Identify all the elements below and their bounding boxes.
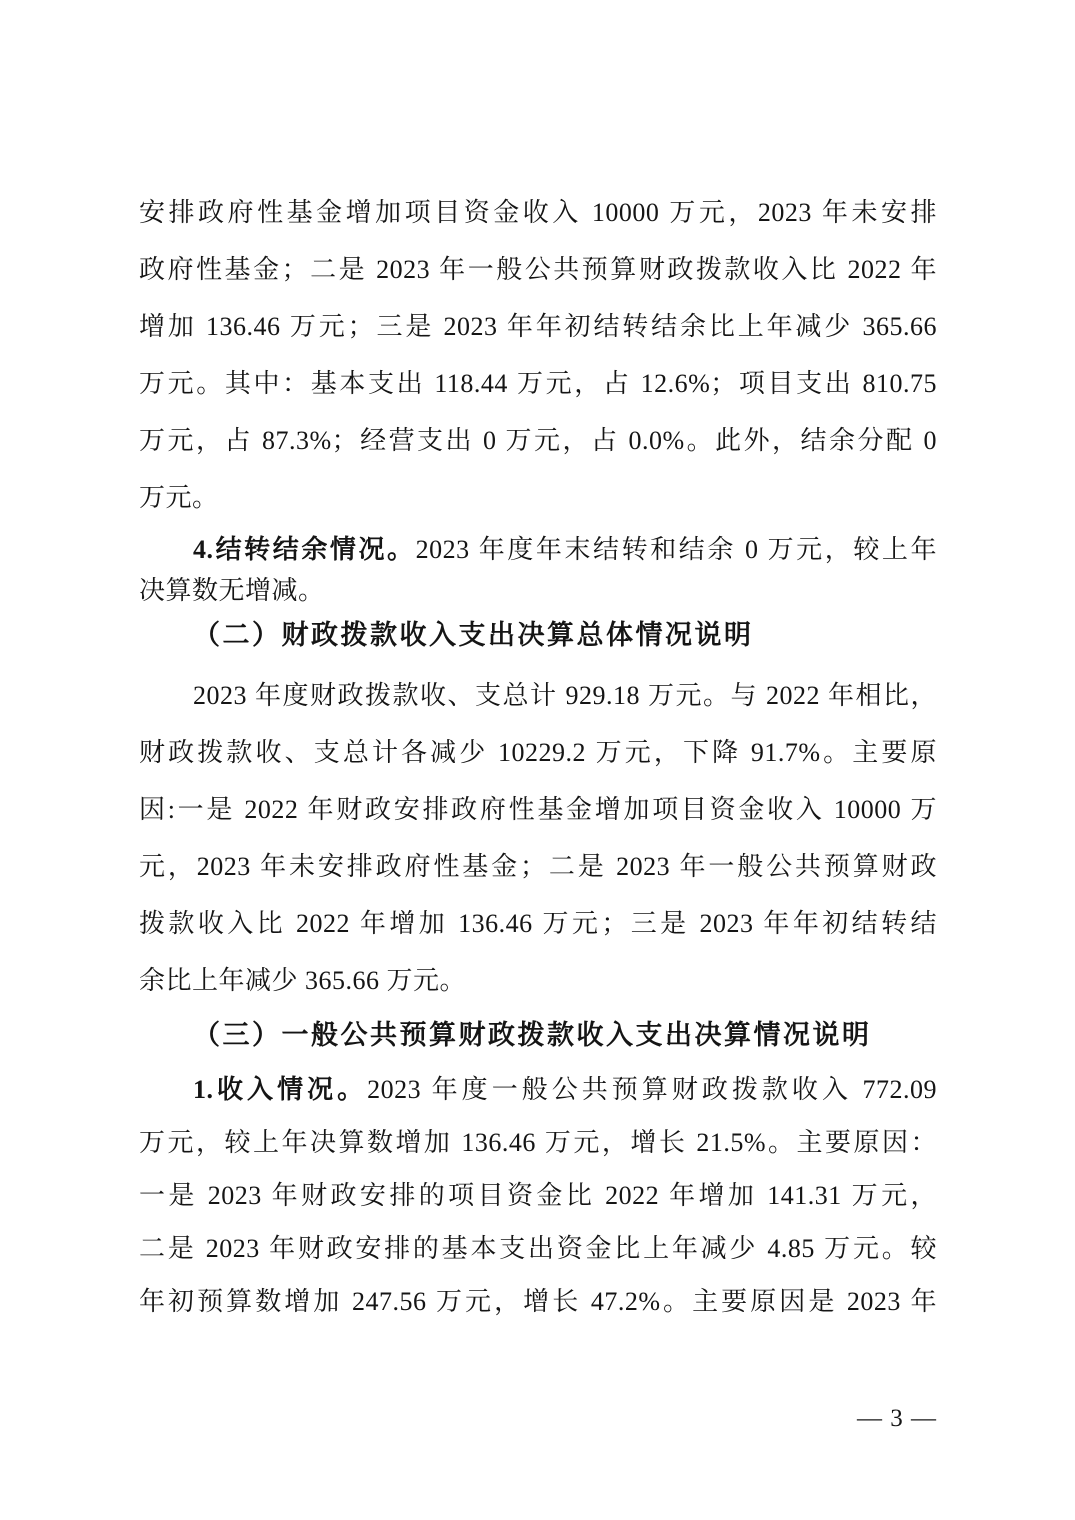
p3-line1: 2023 年度财政拨款收、支总计 929.18 万元。与 2022 年相比， <box>139 679 937 712</box>
page-number: — 3 — <box>139 1404 937 1434</box>
p4-bold-lead: 1.收入情况。 <box>193 1075 367 1104</box>
p4-line2: 万元，较上年决算数增加 136.46 万元，增长 21.5%。主要原因： <box>139 1126 937 1159</box>
p1-line1: 安排政府性基金增加项目资金收入 10000 万元，2023 年未安排 <box>139 196 937 229</box>
p3-line4: 元，2023 年未安排政府性基金；二是 2023 年一般公共预算财政 <box>139 850 937 883</box>
document-page: 安排政府性基金增加项目资金收入 10000 万元，2023 年未安排 政府性基金… <box>0 0 1075 1520</box>
section-heading-3: （三）一般公共预算财政拨款收入支出决算情况说明 <box>139 1019 937 1052</box>
p1-line2: 政府性基金；二是 2023 年一般公共预算财政拨款收入比 2022 年 <box>139 253 937 286</box>
p2-line2: 决算数无增减。 <box>139 574 937 607</box>
p3-line6: 余比上年减少 365.66 万元。 <box>139 964 937 997</box>
p4-line1-rest: 2023 年度一般公共预算财政拨款收入 772.09 <box>367 1075 937 1104</box>
p4-line4: 二是 2023 年财政安排的基本支出资金比上年减少 4.85 万元。较 <box>139 1232 937 1265</box>
p1-line4: 万元。其中：基本支出 118.44 万元，占 12.6%；项目支出 810.75 <box>139 367 937 400</box>
p1-line6: 万元。 <box>139 481 937 514</box>
p4-line1: 1.收入情况。2023 年度一般公共预算财政拨款收入 772.09 <box>139 1073 937 1106</box>
p4-line5: 年初预算数增加 247.56 万元，增长 47.2%。主要原因是 2023 年 <box>139 1285 937 1318</box>
p2-line1-rest: 2023 年度年末结转和结余 0 万元，较上年 <box>416 535 937 564</box>
p2-line1: 4.结转结余情况。2023 年度年末结转和结余 0 万元，较上年 <box>139 533 937 566</box>
p1-line5: 万元，占 87.3%；经营支出 0 万元，占 0.0%。此外，结余分配 0 <box>139 424 937 457</box>
p4-line3: 一是 2023 年财政安排的项目资金比 2022 年增加 141.31 万元， <box>139 1179 937 1212</box>
p3-line5: 拨款收入比 2022 年增加 136.46 万元；三是 2023 年年初结转结 <box>139 907 937 940</box>
p2-bold-lead: 4.结转结余情况。 <box>193 535 416 564</box>
p3-line2: 财政拨款收、支总计各减少 10229.2 万元，下降 91.7%。主要原 <box>139 736 937 769</box>
p1-line3: 增加 136.46 万元；三是 2023 年年初结转结余比上年减少 365.66 <box>139 310 937 343</box>
p3-line3: 因:一是 2022 年财政安排政府性基金增加项目资金收入 10000 万 <box>139 793 937 826</box>
section-heading-2: （二）财政拨款收入支出决算总体情况说明 <box>139 619 937 652</box>
